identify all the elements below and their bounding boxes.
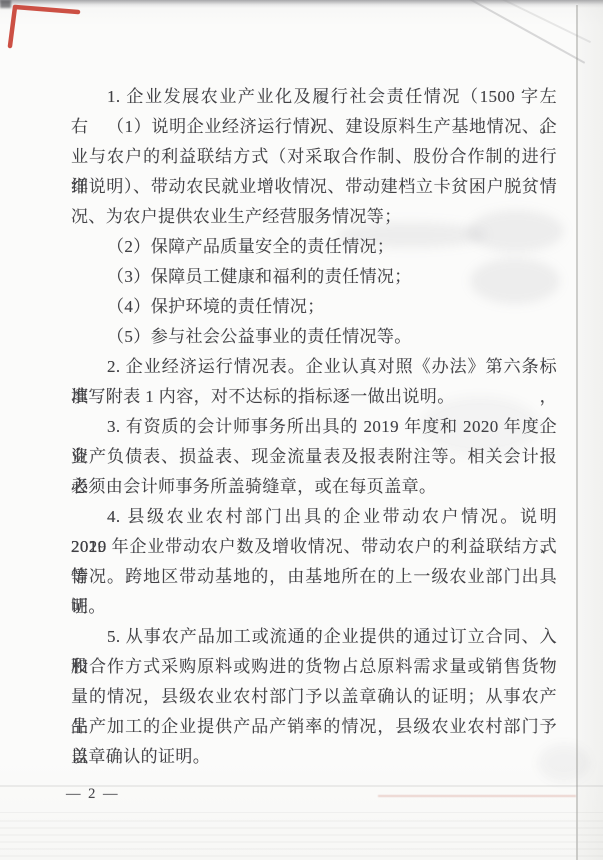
text-line: 况、为农户提供农业生产经营服务情况等； xyxy=(71,202,557,232)
text-line: （5）参与社会公益事业的责任情况等。 xyxy=(71,322,557,352)
text-line: 4. 县级农业农村部门出具的企业带动农户情况。说明 2019、 xyxy=(71,502,557,532)
text-line: 5. 从事农产品加工或流通的企业提供的通过订立合同、入股 xyxy=(71,622,557,652)
text-line: （1）说明企业经济运行情况、建设原料生产基地情况、企 xyxy=(71,112,557,142)
text-line: 必须由会计师事务所盖骑缝章，或在每页盖章。 xyxy=(71,472,557,502)
text-line: 资产负债表、损益表、现金流量表及报表附注等。相关会计报表 xyxy=(71,442,557,472)
text-line: 细说明）、带动农民就业增收情况、带动建档立卡贫困户脱贫情 xyxy=(71,172,557,202)
scan-streak-artifact xyxy=(0,812,603,813)
text-line: 量的情况，县级农业农村部门予以盖章确认的证明；从事农产品 xyxy=(71,682,557,712)
text-line: 盖章确认的证明。 xyxy=(71,742,557,772)
red-corner-mark xyxy=(2,0,88,54)
text-line: 1. 企业发展农业产业化及履行社会责任情况（1500 字左右）。 xyxy=(71,82,557,112)
scan-bottom-band-artifact xyxy=(0,820,603,860)
text-line: （4）保护环境的责任情况； xyxy=(71,292,557,322)
text-line: （3）保障员工健康和福利的责任情况； xyxy=(71,262,557,292)
text-line: （2）保障产品质量安全的责任情况； xyxy=(71,232,557,262)
text-line: 生产加工的企业提供产品产销率的情况，县级农业农村部门予以 xyxy=(71,712,557,742)
document-page: 1. 企业发展农业产业化及履行社会责任情况（1500 字左右）。（1）说明企业经… xyxy=(0,0,603,860)
text-line: 明。 xyxy=(71,592,557,622)
text-line: 和合作方式采购原料或购进的货物占总原料需求量或销售货物 xyxy=(71,652,557,682)
text-line: 3. 有资质的会计师事务所出具的 2019 年度和 2020 年度企业 xyxy=(71,412,557,442)
document-body: 1. 企业发展农业产业化及履行社会责任情况（1500 字左右）。（1）说明企业经… xyxy=(71,82,557,772)
scan-streak-artifact xyxy=(378,795,576,797)
text-line: 2020 年企业带动农户数及增收情况、带动农户的利益联结方式等 xyxy=(71,532,557,562)
text-line: 2. 企业经济运行情况表。企业认真对照《办法》第六条标准， xyxy=(71,352,557,382)
text-line: 情况。跨地区带动基地的，由基地所在的上一级农业部门出具证 xyxy=(71,562,557,592)
page-number: — 2 — xyxy=(66,786,120,803)
text-line: 业与农户的利益联结方式（对采取合作制、股份合作制的进行详 xyxy=(71,142,557,172)
paper-edge-shade xyxy=(578,0,603,860)
